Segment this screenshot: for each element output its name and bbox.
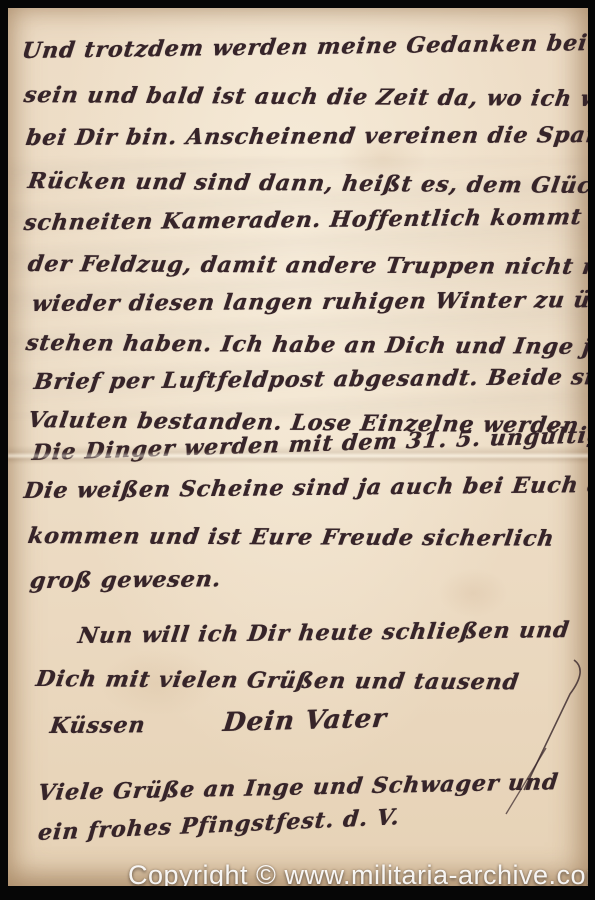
handwriting-line-5: schneiten Kameraden. Hoffentlich kommt d… bbox=[22, 203, 588, 236]
handwriting-line-16: Dich mit vielen Grüßen und tausend bbox=[34, 666, 521, 695]
handwriting-line-11: Die Dinger werden mit dem 31. 5. ungülti… bbox=[31, 422, 588, 466]
handwriting-line-6: der Feldzug, damit andere Truppen nicht … bbox=[26, 251, 588, 280]
postscript-line-1: Viele Grüße an Inge und Schwager und bbox=[36, 769, 560, 806]
fold-crease bbox=[8, 446, 588, 464]
handwriting-line-10: Valuten bestanden. Lose Einzelne werden … bbox=[26, 407, 588, 440]
ink-flourish bbox=[8, 8, 588, 886]
handwriting-line-9: Brief per Luftfeldpost abgesandt. Beide … bbox=[32, 363, 588, 395]
handwriting-line-12: Die weißen Scheine sind ja auch bei Euch… bbox=[22, 471, 588, 504]
handwriting-line-2: sein und bald ist auch die Zeit da, wo i… bbox=[22, 82, 588, 112]
letter-paper: Und trotzdem werden meine Gedanken bei D… bbox=[8, 8, 588, 886]
handwriting-line-15: Nun will ich Dir heute schließen und bbox=[76, 617, 571, 649]
handwriting-line-13: kommen und ist Eure Freude sicherlich bbox=[26, 523, 556, 552]
paper-stain bbox=[98, 648, 218, 718]
handwriting-line-8: stehen haben. Ich habe an Dich und Inge … bbox=[24, 330, 588, 361]
handwriting-line-14: groß gewesen. bbox=[28, 566, 223, 594]
paper-stain bbox=[438, 568, 508, 618]
handwriting-line-1: Und trotzdem werden meine Gedanken bei D… bbox=[20, 29, 588, 64]
closing-word: Küssen bbox=[48, 712, 147, 739]
handwriting-line-3: bei Dir bin. Anscheinend vereinen die Sp… bbox=[24, 122, 588, 151]
handwriting-line-4: Rücken und sind dann, heißt es, dem Glüc… bbox=[26, 168, 588, 200]
copyright-watermark: Copyright © www.militaria-archive.com bbox=[128, 860, 588, 886]
ink-showthrough bbox=[8, 158, 588, 418]
handwriting-line-7: wieder diesen langen ruhigen Winter zu ü… bbox=[30, 287, 588, 317]
signature: Dein Vater bbox=[221, 704, 388, 738]
postscript-line-2: ein frohes Pfingstfest. d. V. bbox=[37, 804, 401, 846]
scanned-letter-page: Und trotzdem werden meine Gedanken bei D… bbox=[0, 0, 595, 900]
paper-stain bbox=[338, 128, 428, 188]
